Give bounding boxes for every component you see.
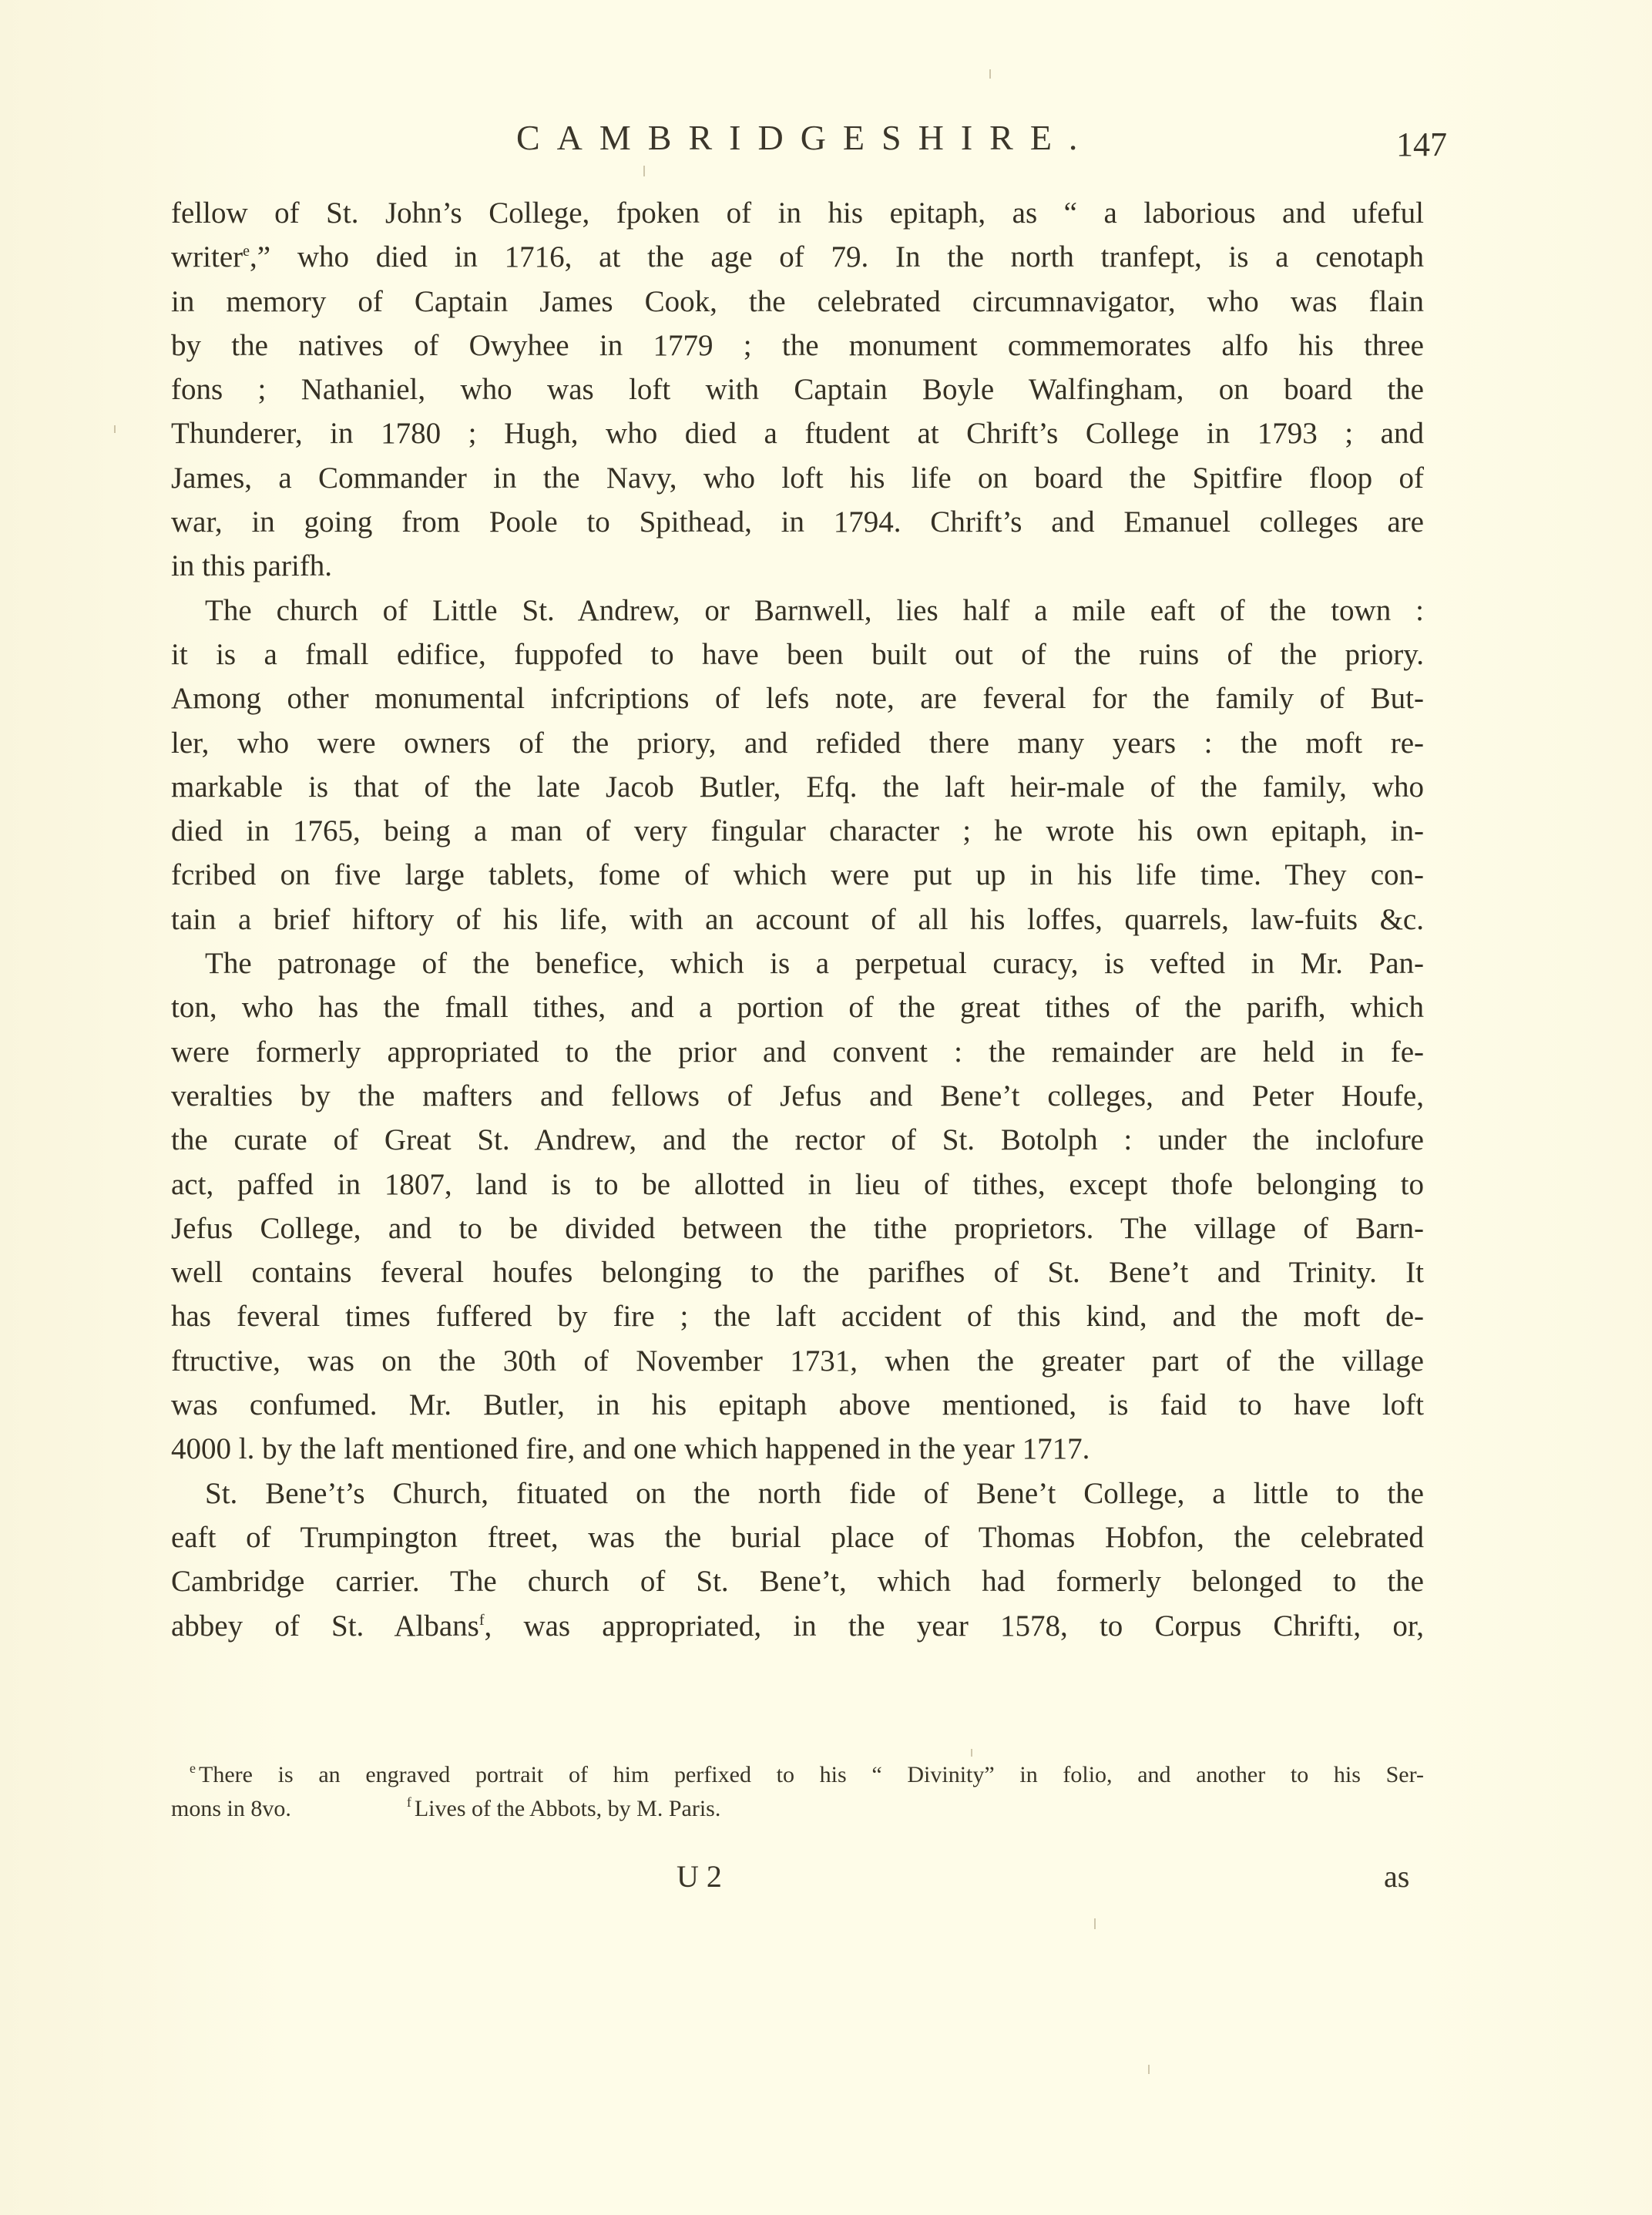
footnote-mark-e: e: [190, 1760, 196, 1776]
paragraph-start: St. Bene’t’s Church, fituated on the nor…: [171, 1472, 1424, 1515]
running-title: CAMBRIDGESHIRE.: [516, 117, 1094, 158]
text-line: veralties by the mafters and fellows of …: [171, 1074, 1424, 1118]
paper-speck: [989, 69, 991, 79]
paper-speck: [114, 425, 116, 433]
text-line: tain a brief hiftory of his life, with a…: [171, 898, 1424, 941]
text-line: markable is that of the late Jacob Butle…: [171, 765, 1424, 809]
footnote-ref-e: e: [243, 243, 250, 260]
text-line: was confumed. Mr. Butler, in his epitaph…: [171, 1383, 1424, 1427]
text-line: war, in going from Poole to Spithead, in…: [171, 500, 1424, 544]
text-line: well contains feveral houfes belonging t…: [171, 1250, 1424, 1294]
running-head: CAMBRIDGESHIRE. 147: [0, 117, 1652, 171]
text-line: in memory of Captain James Cook, the cel…: [171, 280, 1424, 324]
text-line: 4000 l. by the laft mentioned fire, and …: [171, 1427, 1424, 1471]
text-line: by the natives of Owyhee in 1779 ; the m…: [171, 324, 1424, 367]
page-number: 147: [1396, 125, 1447, 164]
text-line: in this parifh.: [171, 544, 1424, 588]
text-line: were formerly appropriated to the prior …: [171, 1030, 1424, 1074]
signature-mark: U 2: [677, 1858, 722, 1894]
text-line: fcribed on five large tablets, fome of w…: [171, 853, 1424, 897]
book-page: CAMBRIDGESHIRE. 147 fellow of St. John’s…: [0, 0, 1652, 2215]
paper-speck: [1148, 2065, 1150, 2074]
text-line: abbey of St. Albansf, was appropriated, …: [171, 1604, 1424, 1648]
text-line: eaft of Trumpington ftreet, was the buri…: [171, 1515, 1424, 1559]
text-line: fons ; Nathaniel, who was loft with Capt…: [171, 367, 1424, 411]
paper-speck: [643, 166, 645, 176]
text-line: ton, who has the fmall tithes, and a por…: [171, 985, 1424, 1029]
text-line: Thunderer, in 1780 ; Hugh, who died a ft…: [171, 411, 1424, 455]
text-line: writere,” who died in 1716, at the age o…: [171, 235, 1424, 279]
paper-speck: [971, 1749, 972, 1757]
text-line: James, a Commander in the Navy, who loft…: [171, 456, 1424, 500]
body-text: fellow of St. John’s College, fpoken of …: [171, 191, 1424, 1648]
text-line: Cambridge carrier. The church of St. Ben…: [171, 1559, 1424, 1603]
text-line: ler, who were owners of the priory, and …: [171, 721, 1424, 765]
text-line: Among other monumental infcriptions of l…: [171, 676, 1424, 720]
text-line: Jefus College, and to be divided between…: [171, 1207, 1424, 1250]
paragraph-start: The church of Little St. Andrew, or Barn…: [171, 589, 1424, 633]
catchword: as: [1384, 1858, 1409, 1894]
text-line: died in 1765, being a man of very fingul…: [171, 809, 1424, 853]
paragraph-start: The patronage of the benefice, which is …: [171, 941, 1424, 985]
footnote-mark-f: f: [407, 1794, 411, 1810]
text-line: fellow of St. John’s College, fpoken of …: [171, 191, 1424, 235]
text-line: the curate of Great St. Andrew, and the …: [171, 1118, 1424, 1162]
footnote-f: Lives of the Abbots, by M. Paris.: [415, 1796, 721, 1821]
text-line: it is a fmall edifice, fuppofed to have …: [171, 633, 1424, 676]
footnote-e: eThere is an engraved portrait of him pe…: [171, 1758, 1424, 1792]
footnotes: eThere is an engraved portrait of him pe…: [171, 1758, 1424, 1826]
text-line: has feveral times fuffered by fire ; the…: [171, 1294, 1424, 1338]
footnote-e-continuation: mons in 8vo.fLives of the Abbots, by M. …: [171, 1792, 1424, 1826]
text-line: act, paffed in 1807, land is to be allot…: [171, 1163, 1424, 1207]
footnote-ref-f: f: [479, 1612, 485, 1629]
text-line: ftructive, was on the 30th of November 1…: [171, 1339, 1424, 1383]
paper-speck: [1094, 1918, 1096, 1929]
